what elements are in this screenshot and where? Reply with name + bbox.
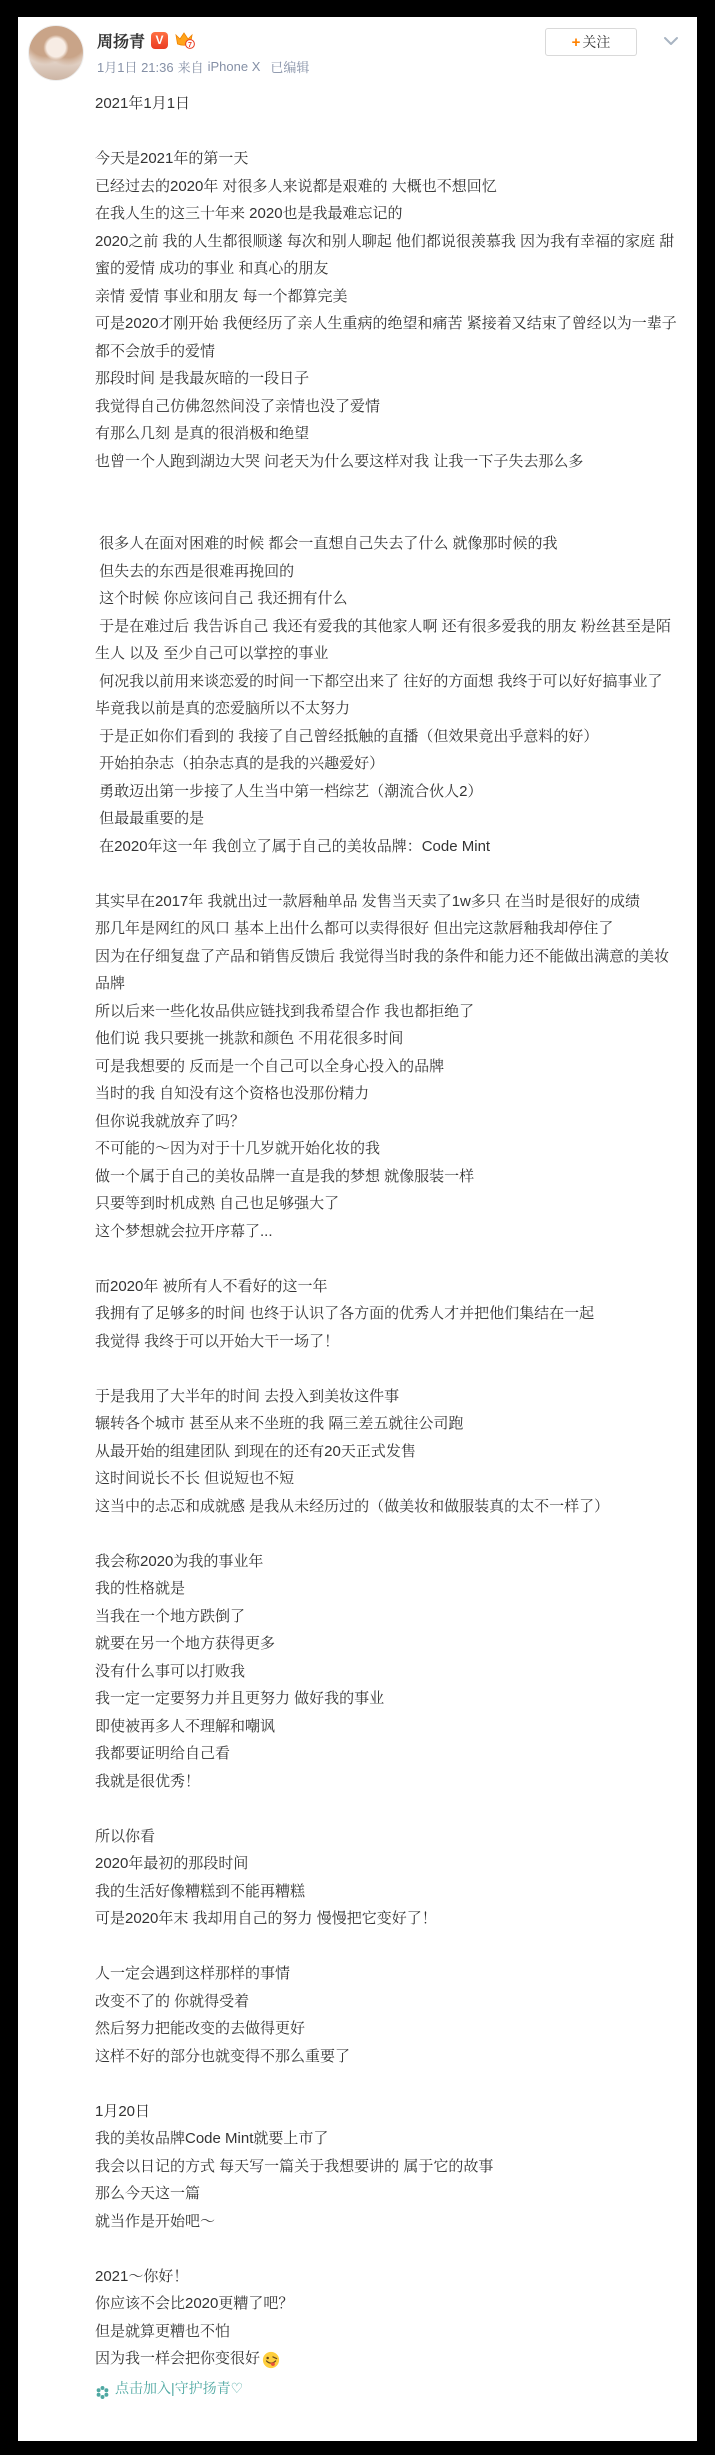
weibo-post-card: 周扬青 V 7 1月1日 21:36 来自 iPhone X 已编辑 + [18,17,697,2441]
follow-button[interactable]: + 关注 [545,28,637,56]
post-body-text: 2021年1月1日 今天是2021年的第一天 已经过去的2020年 对很多人来说… [95,90,680,2345]
header-actions: + 关注 [545,28,680,56]
tongue-out-emoji [261,2353,280,2370]
username[interactable]: 周扬青 [97,29,145,52]
fanclub-link-text: 点击加入|守护扬青♡ [115,2375,243,2403]
follow-label: 关注 [582,32,610,52]
plus-icon: + [572,34,581,51]
name-row: 周扬青 V 7 [97,29,545,51]
svg-text:7: 7 [188,42,192,49]
post-meta: 1月1日 21:36 来自 iPhone X 已编辑 [97,57,545,75]
timestamp: 1月1日 21:36 [97,57,174,76]
source-prefix: 来自 [178,57,204,76]
vip-crown-icon: 7 [174,31,196,49]
header-main: 周扬青 V 7 1月1日 21:36 来自 iPhone X 已编辑 [97,25,545,75]
chevron-down-icon[interactable] [662,32,680,50]
post-content: 2021年1月1日 今天是2021年的第一天 已经过去的2020年 对很多人来说… [95,90,680,2403]
fanclub-pinwheel-icon [95,2382,110,2397]
source-link[interactable]: iPhone X [208,59,261,74]
edited-label: 已编辑 [270,57,309,76]
verified-v-icon: V [151,32,168,49]
fanclub-link[interactable]: 点击加入|守护扬青♡ [95,2376,680,2403]
post-last-line: 因为我一样会把你变很好 [95,2345,680,2376]
last-line-text: 因为我一样会把你变很好 [95,2350,260,2367]
post-header: 周扬青 V 7 1月1日 21:36 来自 iPhone X 已编辑 + [28,25,680,81]
avatar[interactable] [28,25,84,81]
